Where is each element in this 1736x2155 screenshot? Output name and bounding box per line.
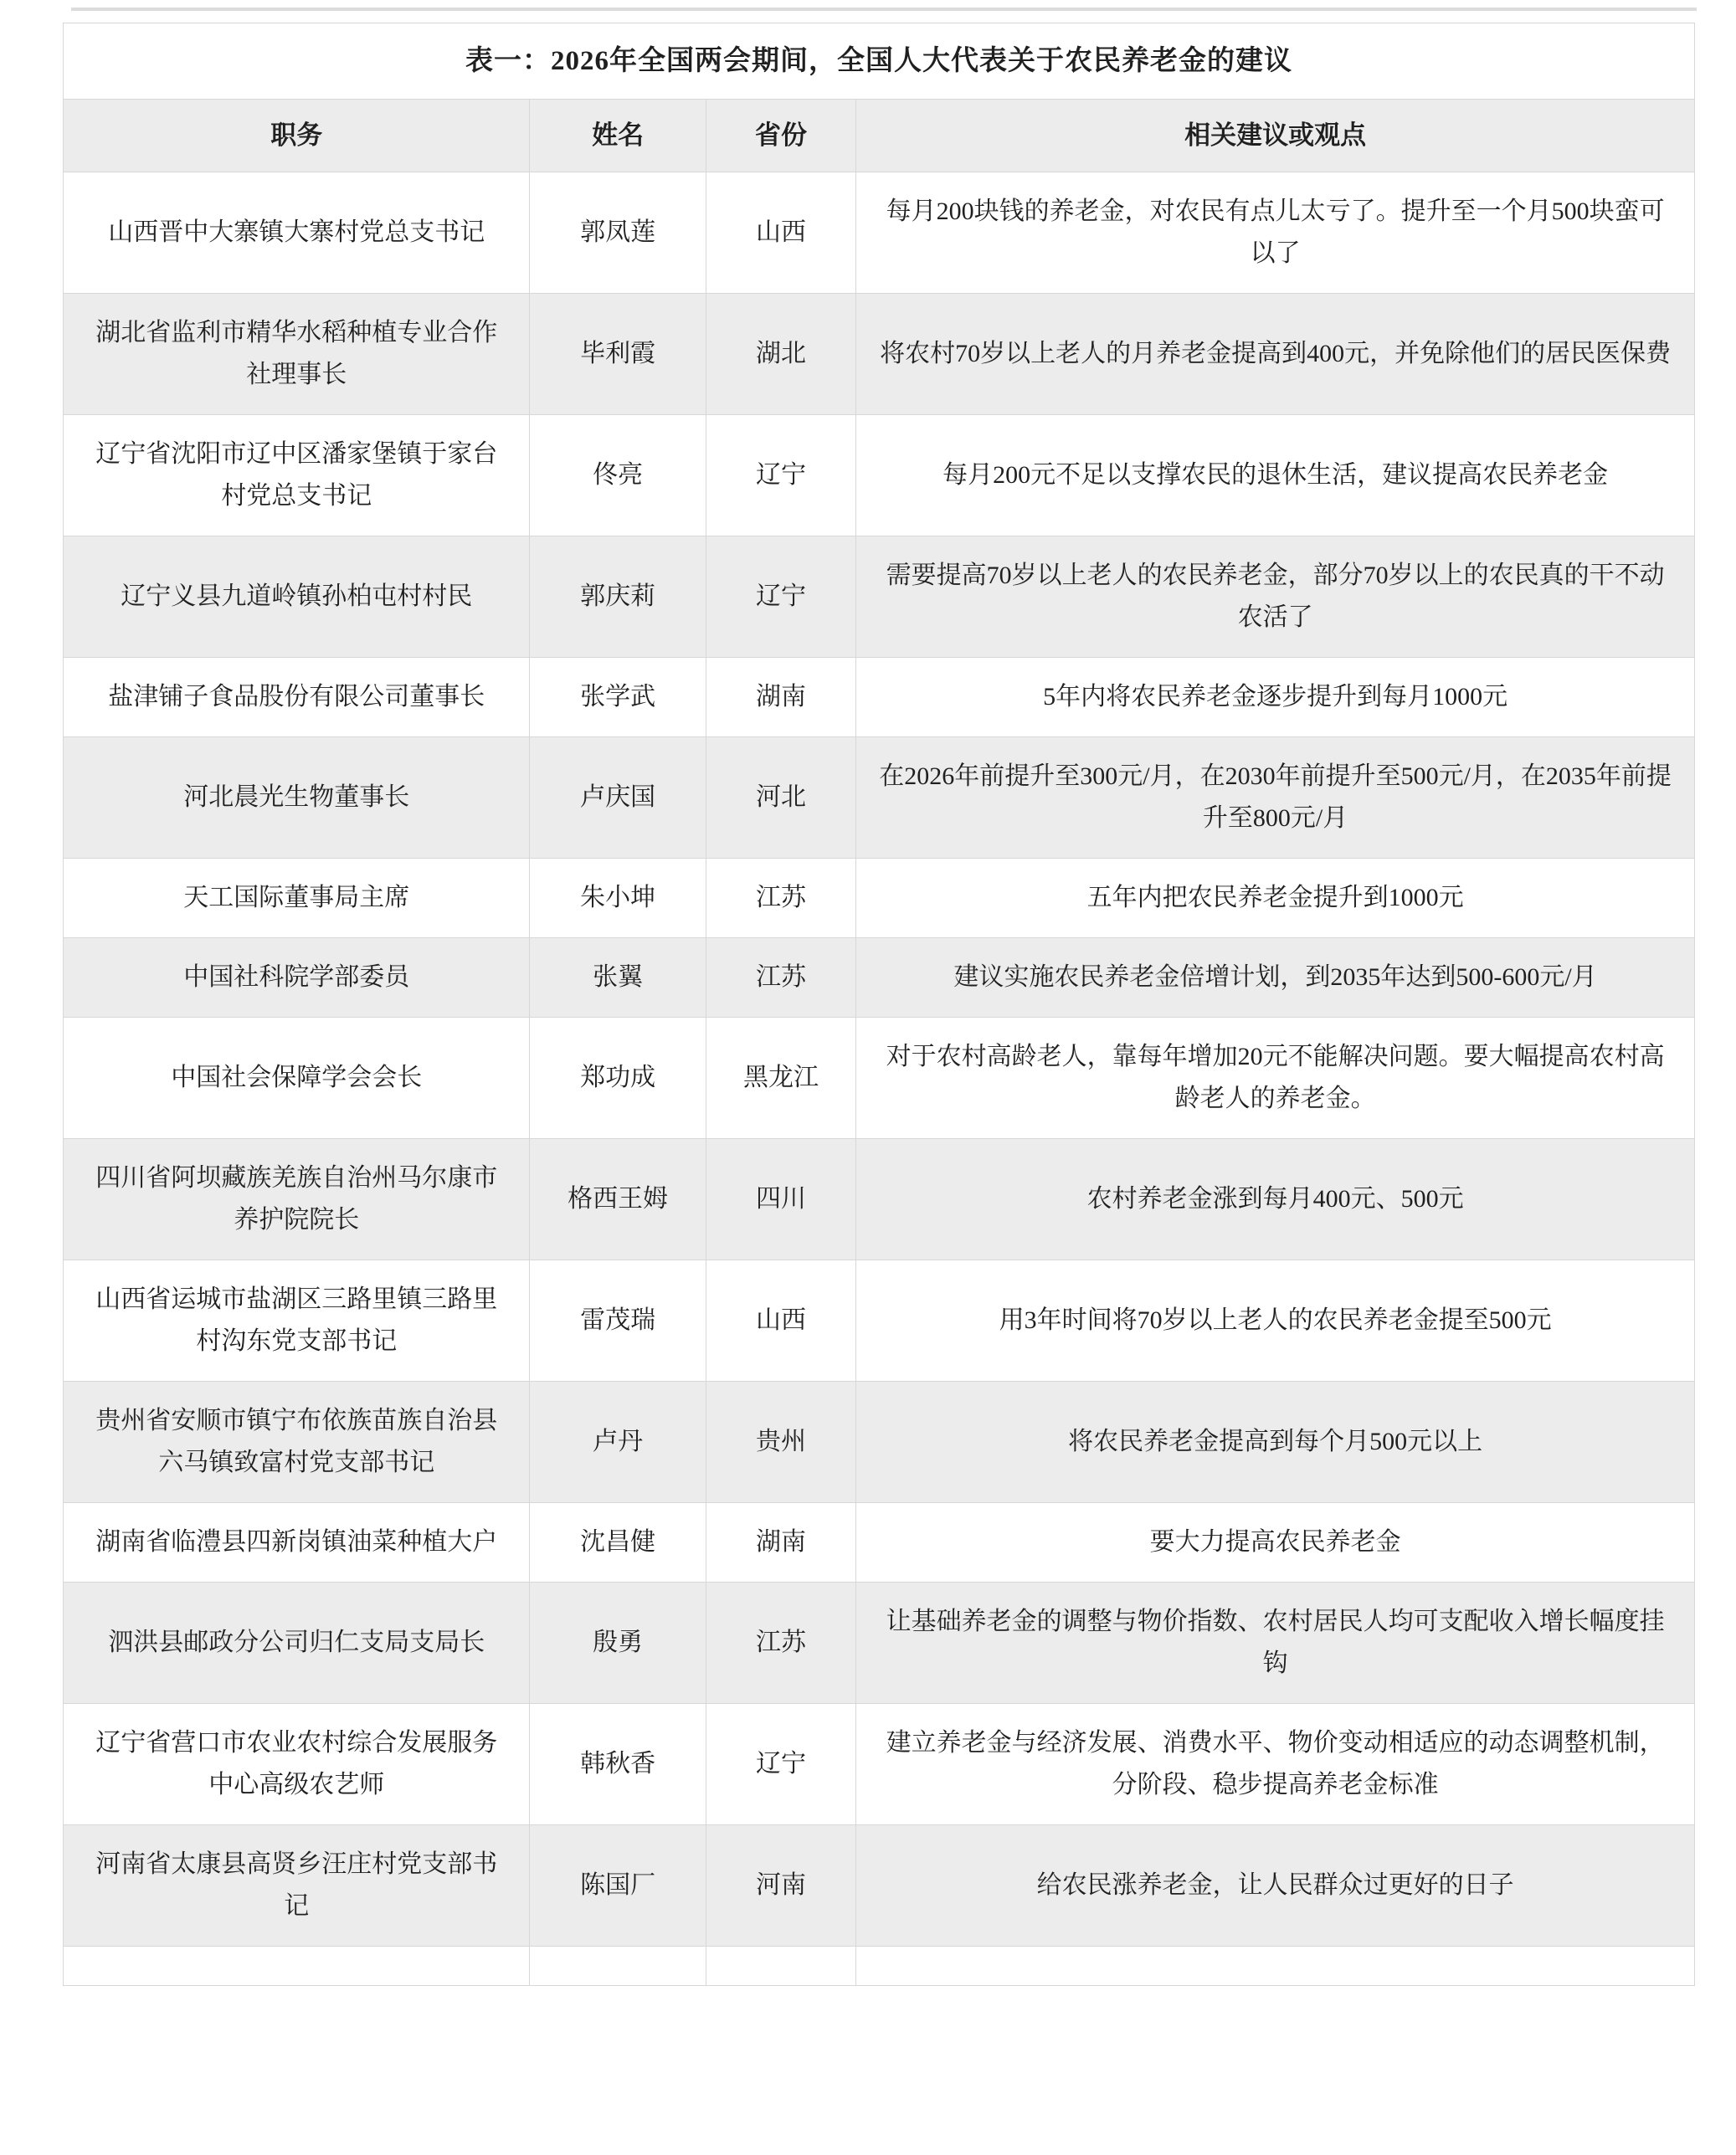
province-cell: 山西 <box>706 1260 855 1382</box>
table-row: 山西晋中大寨镇大寨村党总支书记 郭凤莲 山西 每月200块钱的养老金，对农民有点… <box>64 172 1695 294</box>
province-cell: 江苏 <box>706 938 855 1018</box>
name-cell: 佟亮 <box>530 415 706 536</box>
table-body: 山西晋中大寨镇大寨村党总支书记 郭凤莲 山西 每月200块钱的养老金，对农民有点… <box>64 172 1695 1947</box>
name-cell: 郭庆莉 <box>530 536 706 658</box>
suggestion-cell: 让基础养老金的调整与物价指数、农村居民人均可支配收入增长幅度挂钩 <box>856 1583 1695 1704</box>
position-cell: 辽宁省沈阳市辽中区潘家堡镇于家台村党总支书记 <box>64 415 530 536</box>
province-cell: 湖北 <box>706 294 855 415</box>
name-cell: 格西王姆 <box>530 1139 706 1260</box>
table-row: 盐津铺子食品股份有限公司董事长 张学武 湖南 5年内将农民养老金逐步提升到每月1… <box>64 658 1695 737</box>
table-row: 河北晨光生物董事长 卢庆国 河北 在2026年前提升至300元/月，在2030年… <box>64 737 1695 859</box>
empty-cell <box>530 1947 706 1986</box>
province-cell: 河南 <box>706 1825 855 1947</box>
suggestion-cell: 建立养老金与经济发展、消费水平、物价变动相适应的动态调整机制，分阶段、稳步提高养… <box>856 1704 1695 1825</box>
suggestion-cell: 在2026年前提升至300元/月，在2030年前提升至500元/月，在2035年… <box>856 737 1695 859</box>
position-cell: 中国社科院学部委员 <box>64 938 530 1018</box>
table-row: 湖北省监利市精华水稻种植专业合作社理事长 毕利霞 湖北 将农村70岁以上老人的月… <box>64 294 1695 415</box>
table-row: 天工国际董事局主席 朱小坤 江苏 五年内把农民养老金提升到1000元 <box>64 859 1695 938</box>
table-header-row: 职务 姓名 省份 相关建议或观点 <box>64 100 1695 172</box>
table-row: 中国社科院学部委员 张翼 江苏 建议实施农民养老金倍增计划，到2035年达到50… <box>64 938 1695 1018</box>
position-cell: 四川省阿坝藏族羌族自治州马尔康市养护院院长 <box>64 1139 530 1260</box>
name-cell: 陈国厂 <box>530 1825 706 1947</box>
province-cell: 辽宁 <box>706 415 855 536</box>
table-row: 辽宁义县九道岭镇孙柏屯村村民 郭庆莉 辽宁 需要提高70岁以上老人的农民养老金，… <box>64 536 1695 658</box>
name-cell: 朱小坤 <box>530 859 706 938</box>
position-cell: 河北晨光生物董事长 <box>64 737 530 859</box>
table-row: 辽宁省营口市农业农村综合发展服务中心高级农艺师 韩秋香 辽宁 建立养老金与经济发… <box>64 1704 1695 1825</box>
column-header-name: 姓名 <box>530 100 706 172</box>
table-row: 泗洪县邮政分公司归仁支局支局长 殷勇 江苏 让基础养老金的调整与物价指数、农村居… <box>64 1583 1695 1704</box>
table-partial-bottom <box>64 1947 1695 1986</box>
table-row: 湖南省临澧县四新岗镇油菜种植大户 沈昌健 湖南 要大力提高农民养老金 <box>64 1503 1695 1583</box>
name-cell: 张学武 <box>530 658 706 737</box>
suggestion-cell: 将农村70岁以上老人的月养老金提高到400元，并免除他们的居民医保费 <box>856 294 1695 415</box>
name-cell: 沈昌健 <box>530 1503 706 1583</box>
province-cell: 四川 <box>706 1139 855 1260</box>
table-row: 河南省太康县高贤乡汪庄村党支部书记 陈国厂 河南 给农民涨养老金，让人民群众过更… <box>64 1825 1695 1947</box>
province-cell: 湖南 <box>706 1503 855 1583</box>
suggestion-cell: 用3年时间将70岁以上老人的农民养老金提至500元 <box>856 1260 1695 1382</box>
province-cell: 河北 <box>706 737 855 859</box>
suggestion-cell: 要大力提高农民养老金 <box>856 1503 1695 1583</box>
name-cell: 韩秋香 <box>530 1704 706 1825</box>
position-cell: 辽宁省营口市农业农村综合发展服务中心高级农艺师 <box>64 1704 530 1825</box>
province-cell: 江苏 <box>706 859 855 938</box>
table-row: 四川省阿坝藏族羌族自治州马尔康市养护院院长 格西王姆 四川 农村养老金涨到每月4… <box>64 1139 1695 1260</box>
column-header-province: 省份 <box>706 100 855 172</box>
top-edge-divider <box>71 8 1697 11</box>
table-row: 贵州省安顺市镇宁布依族苗族自治县六马镇致富村党支部书记 卢丹 贵州 将农民养老金… <box>64 1382 1695 1503</box>
province-cell: 贵州 <box>706 1382 855 1503</box>
empty-cell <box>64 1947 530 1986</box>
suggestion-cell: 建议实施农民养老金倍增计划，到2035年达到500-600元/月 <box>856 938 1695 1018</box>
suggestion-cell: 对于农村高龄老人，靠每年增加20元不能解决问题。要大幅提高农村高龄老人的养老金。 <box>856 1018 1695 1139</box>
province-cell: 黑龙江 <box>706 1018 855 1139</box>
province-cell: 江苏 <box>706 1583 855 1704</box>
province-cell: 辽宁 <box>706 536 855 658</box>
name-cell: 毕利霞 <box>530 294 706 415</box>
empty-cell <box>706 1947 855 1986</box>
table-title-row: 表一：2026年全国两会期间，全国人大代表关于农民养老金的建议 <box>64 23 1695 100</box>
column-header-position: 职务 <box>64 100 530 172</box>
table-row: 中国社会保障学会会长 郑功成 黑龙江 对于农村高龄老人，靠每年增加20元不能解决… <box>64 1018 1695 1139</box>
position-cell: 贵州省安顺市镇宁布依族苗族自治县六马镇致富村党支部书记 <box>64 1382 530 1503</box>
position-cell: 湖北省监利市精华水稻种植专业合作社理事长 <box>64 294 530 415</box>
suggestion-cell: 每月200块钱的养老金，对农民有点儿太亏了。提升至一个月500块蛮可以了 <box>856 172 1695 294</box>
suggestion-cell: 农村养老金涨到每月400元、500元 <box>856 1139 1695 1260</box>
suggestion-cell: 将农民养老金提高到每个月500元以上 <box>856 1382 1695 1503</box>
suggestion-cell: 5年内将农民养老金逐步提升到每月1000元 <box>856 658 1695 737</box>
suggestion-cell: 五年内把农民养老金提升到1000元 <box>856 859 1695 938</box>
name-cell: 郑功成 <box>530 1018 706 1139</box>
name-cell: 卢丹 <box>530 1382 706 1503</box>
suggestion-cell: 给农民涨养老金，让人民群众过更好的日子 <box>856 1825 1695 1947</box>
name-cell: 郭凤莲 <box>530 172 706 294</box>
position-cell: 湖南省临澧县四新岗镇油菜种植大户 <box>64 1503 530 1583</box>
pension-suggestions-table: 表一：2026年全国两会期间，全国人大代表关于农民养老金的建议 职务 姓名 省份… <box>63 23 1695 1986</box>
partial-cutoff-row <box>64 1947 1695 1986</box>
table-head: 表一：2026年全国两会期间，全国人大代表关于农民养老金的建议 职务 姓名 省份… <box>64 23 1695 172</box>
position-cell: 河南省太康县高贤乡汪庄村党支部书记 <box>64 1825 530 1947</box>
suggestion-cell: 每月200元不足以支撑农民的退休生活，建议提高农民养老金 <box>856 415 1695 536</box>
province-cell: 山西 <box>706 172 855 294</box>
empty-cell <box>856 1947 1695 1986</box>
position-cell: 辽宁义县九道岭镇孙柏屯村村民 <box>64 536 530 658</box>
position-cell: 天工国际董事局主席 <box>64 859 530 938</box>
name-cell: 张翼 <box>530 938 706 1018</box>
province-cell: 辽宁 <box>706 1704 855 1825</box>
position-cell: 中国社会保障学会会长 <box>64 1018 530 1139</box>
province-cell: 湖南 <box>706 658 855 737</box>
position-cell: 盐津铺子食品股份有限公司董事长 <box>64 658 530 737</box>
name-cell: 卢庆国 <box>530 737 706 859</box>
position-cell: 山西晋中大寨镇大寨村党总支书记 <box>64 172 530 294</box>
position-cell: 山西省运城市盐湖区三路里镇三路里村沟东党支部书记 <box>64 1260 530 1382</box>
document-page: 表一：2026年全国两会期间，全国人大代表关于农民养老金的建议 职务 姓名 省份… <box>0 0 1736 2155</box>
table-row: 辽宁省沈阳市辽中区潘家堡镇于家台村党总支书记 佟亮 辽宁 每月200元不足以支撑… <box>64 415 1695 536</box>
name-cell: 雷茂瑞 <box>530 1260 706 1382</box>
table-row: 山西省运城市盐湖区三路里镇三路里村沟东党支部书记 雷茂瑞 山西 用3年时间将70… <box>64 1260 1695 1382</box>
column-header-suggestion: 相关建议或观点 <box>856 100 1695 172</box>
position-cell: 泗洪县邮政分公司归仁支局支局长 <box>64 1583 530 1704</box>
name-cell: 殷勇 <box>530 1583 706 1704</box>
table-title: 表一：2026年全国两会期间，全国人大代表关于农民养老金的建议 <box>64 23 1695 100</box>
suggestion-cell: 需要提高70岁以上老人的农民养老金，部分70岁以上的农民真的干不动农活了 <box>856 536 1695 658</box>
